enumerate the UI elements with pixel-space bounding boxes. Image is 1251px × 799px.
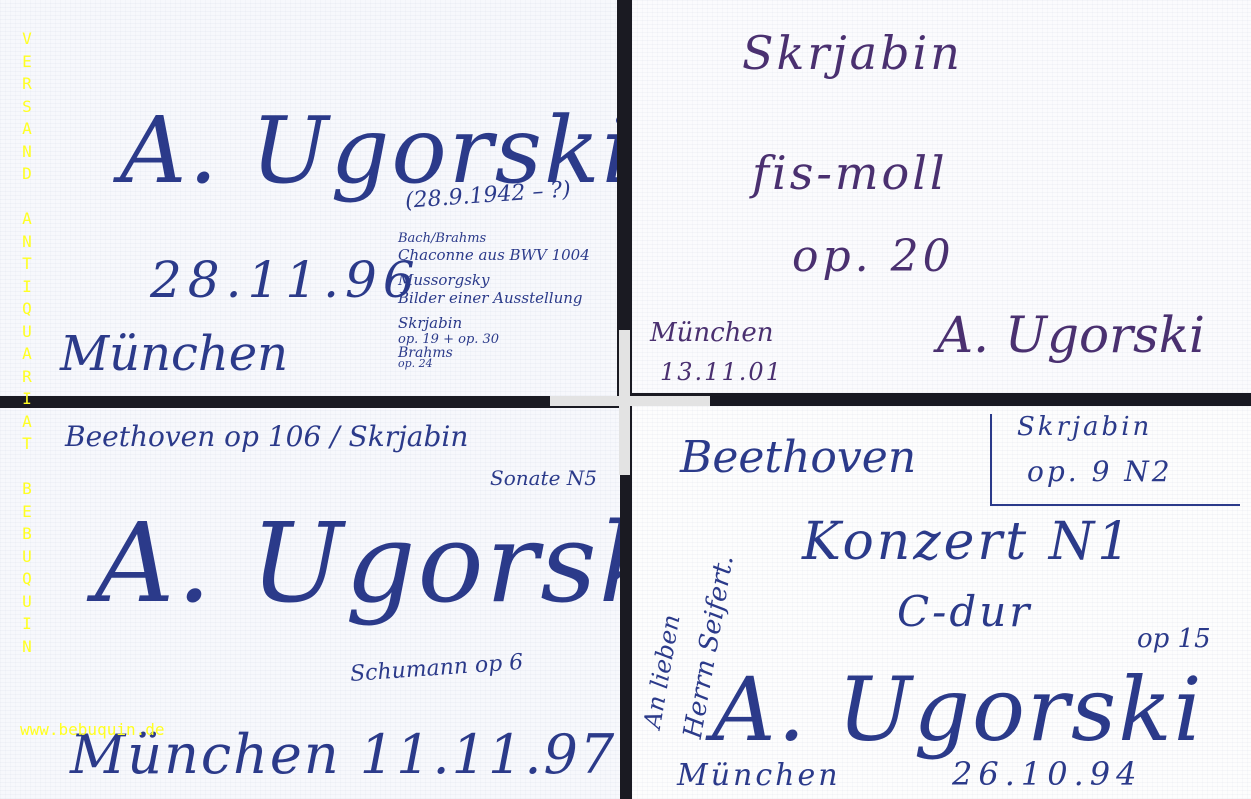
watermark-letter: A — [20, 343, 34, 366]
signature: A. Ugorski — [712, 666, 1204, 754]
watermark-letter: D — [20, 163, 34, 186]
watermark-letter: U — [20, 591, 34, 614]
place: München — [650, 320, 774, 346]
watermark-letter: S — [20, 96, 34, 119]
watermark-letter — [20, 456, 34, 479]
watermark-letter: U — [20, 321, 34, 344]
extra-work: Schumann op 6 — [349, 652, 523, 686]
watermark-letter: V — [20, 28, 34, 51]
watermark-letter: E — [20, 51, 34, 74]
watermark-letter: N — [20, 141, 34, 164]
composer: Beethoven — [680, 436, 916, 480]
watermark-letter: N — [20, 636, 34, 659]
watermark-letter: A — [20, 118, 34, 141]
watermark-letter: R — [20, 366, 34, 389]
key: fis-moll — [752, 150, 948, 196]
work: Konzert N1 — [802, 516, 1133, 568]
boxed-line-1: Skrjabin — [1017, 414, 1152, 440]
watermark-letter: Q — [20, 568, 34, 591]
boxed-line-2: op. 9 N2 — [1027, 458, 1173, 486]
program-line: Mussorgsky — [398, 273, 590, 288]
date: 13.11.01 — [660, 360, 783, 384]
watermark-letter: B — [20, 478, 34, 501]
place: München — [677, 761, 841, 791]
place: München — [60, 330, 288, 378]
key: C-dur — [897, 591, 1032, 633]
opus: op. 20 — [792, 235, 955, 279]
date: 28.11.96 — [150, 255, 421, 305]
watermark-letter: T — [20, 253, 34, 276]
program-list: Bach/Brahms Chaconne aus BWV 1004 Mussor… — [398, 232, 590, 369]
watermark-letter: E — [20, 501, 34, 524]
watermark-letter — [20, 186, 34, 209]
watermark-letter: A — [20, 208, 34, 231]
sonata: Sonate N5 — [490, 468, 597, 488]
watermark-letter: U — [20, 546, 34, 569]
box-border-left — [990, 414, 992, 504]
watermark-vertical: V E R S A N D A N T I Q U A R I A T B E … — [20, 28, 34, 658]
program-line: Bilder einer Ausstellung — [398, 291, 590, 306]
box-border-bottom — [990, 504, 1240, 506]
center-divider-horizontal — [550, 396, 710, 406]
watermark-letter: R — [20, 73, 34, 96]
autograph-card-bottom-left: Beethoven op 106 / Skrjabin Sonate N5 A.… — [0, 408, 620, 799]
program-line: Bach/Brahms — [398, 232, 590, 245]
watermark-letter: T — [20, 433, 34, 456]
autograph-card-bottom-right: An lieben Herrn Seifert. Beethoven Skrja… — [632, 406, 1251, 799]
program-line: Skrjabin — [398, 316, 590, 331]
center-divider-vertical — [619, 330, 630, 475]
composer: Skrjabin — [742, 30, 963, 76]
watermark-letter: B — [20, 523, 34, 546]
watermark-url: www.bebuquin.de — [20, 720, 165, 739]
watermark-letter: I — [20, 613, 34, 636]
date: 26.10.94 — [952, 758, 1143, 790]
watermark-letter: Q — [20, 298, 34, 321]
watermark-letter: N — [20, 231, 34, 254]
opus: op 15 — [1137, 626, 1211, 652]
watermark-letter: I — [20, 276, 34, 299]
header: Beethoven op 106 / Skrjabin — [65, 423, 468, 451]
dedication-line-1: An lieben — [640, 613, 684, 730]
watermark-letter: I — [20, 388, 34, 411]
program-line: Chaconne aus BWV 1004 — [398, 248, 590, 263]
autograph-card-top-left: A. Ugorski (28.9.1942 – ?) 28.11.96 Münc… — [0, 0, 617, 396]
program-line: op. 24 — [398, 358, 590, 369]
autograph-card-top-right: Skrjabin fis-moll op. 20 München 13.11.0… — [632, 0, 1251, 393]
watermark-letter: A — [20, 411, 34, 434]
signature: A. Ugorski — [937, 310, 1205, 360]
signature: A. Ugorski — [95, 508, 620, 618]
